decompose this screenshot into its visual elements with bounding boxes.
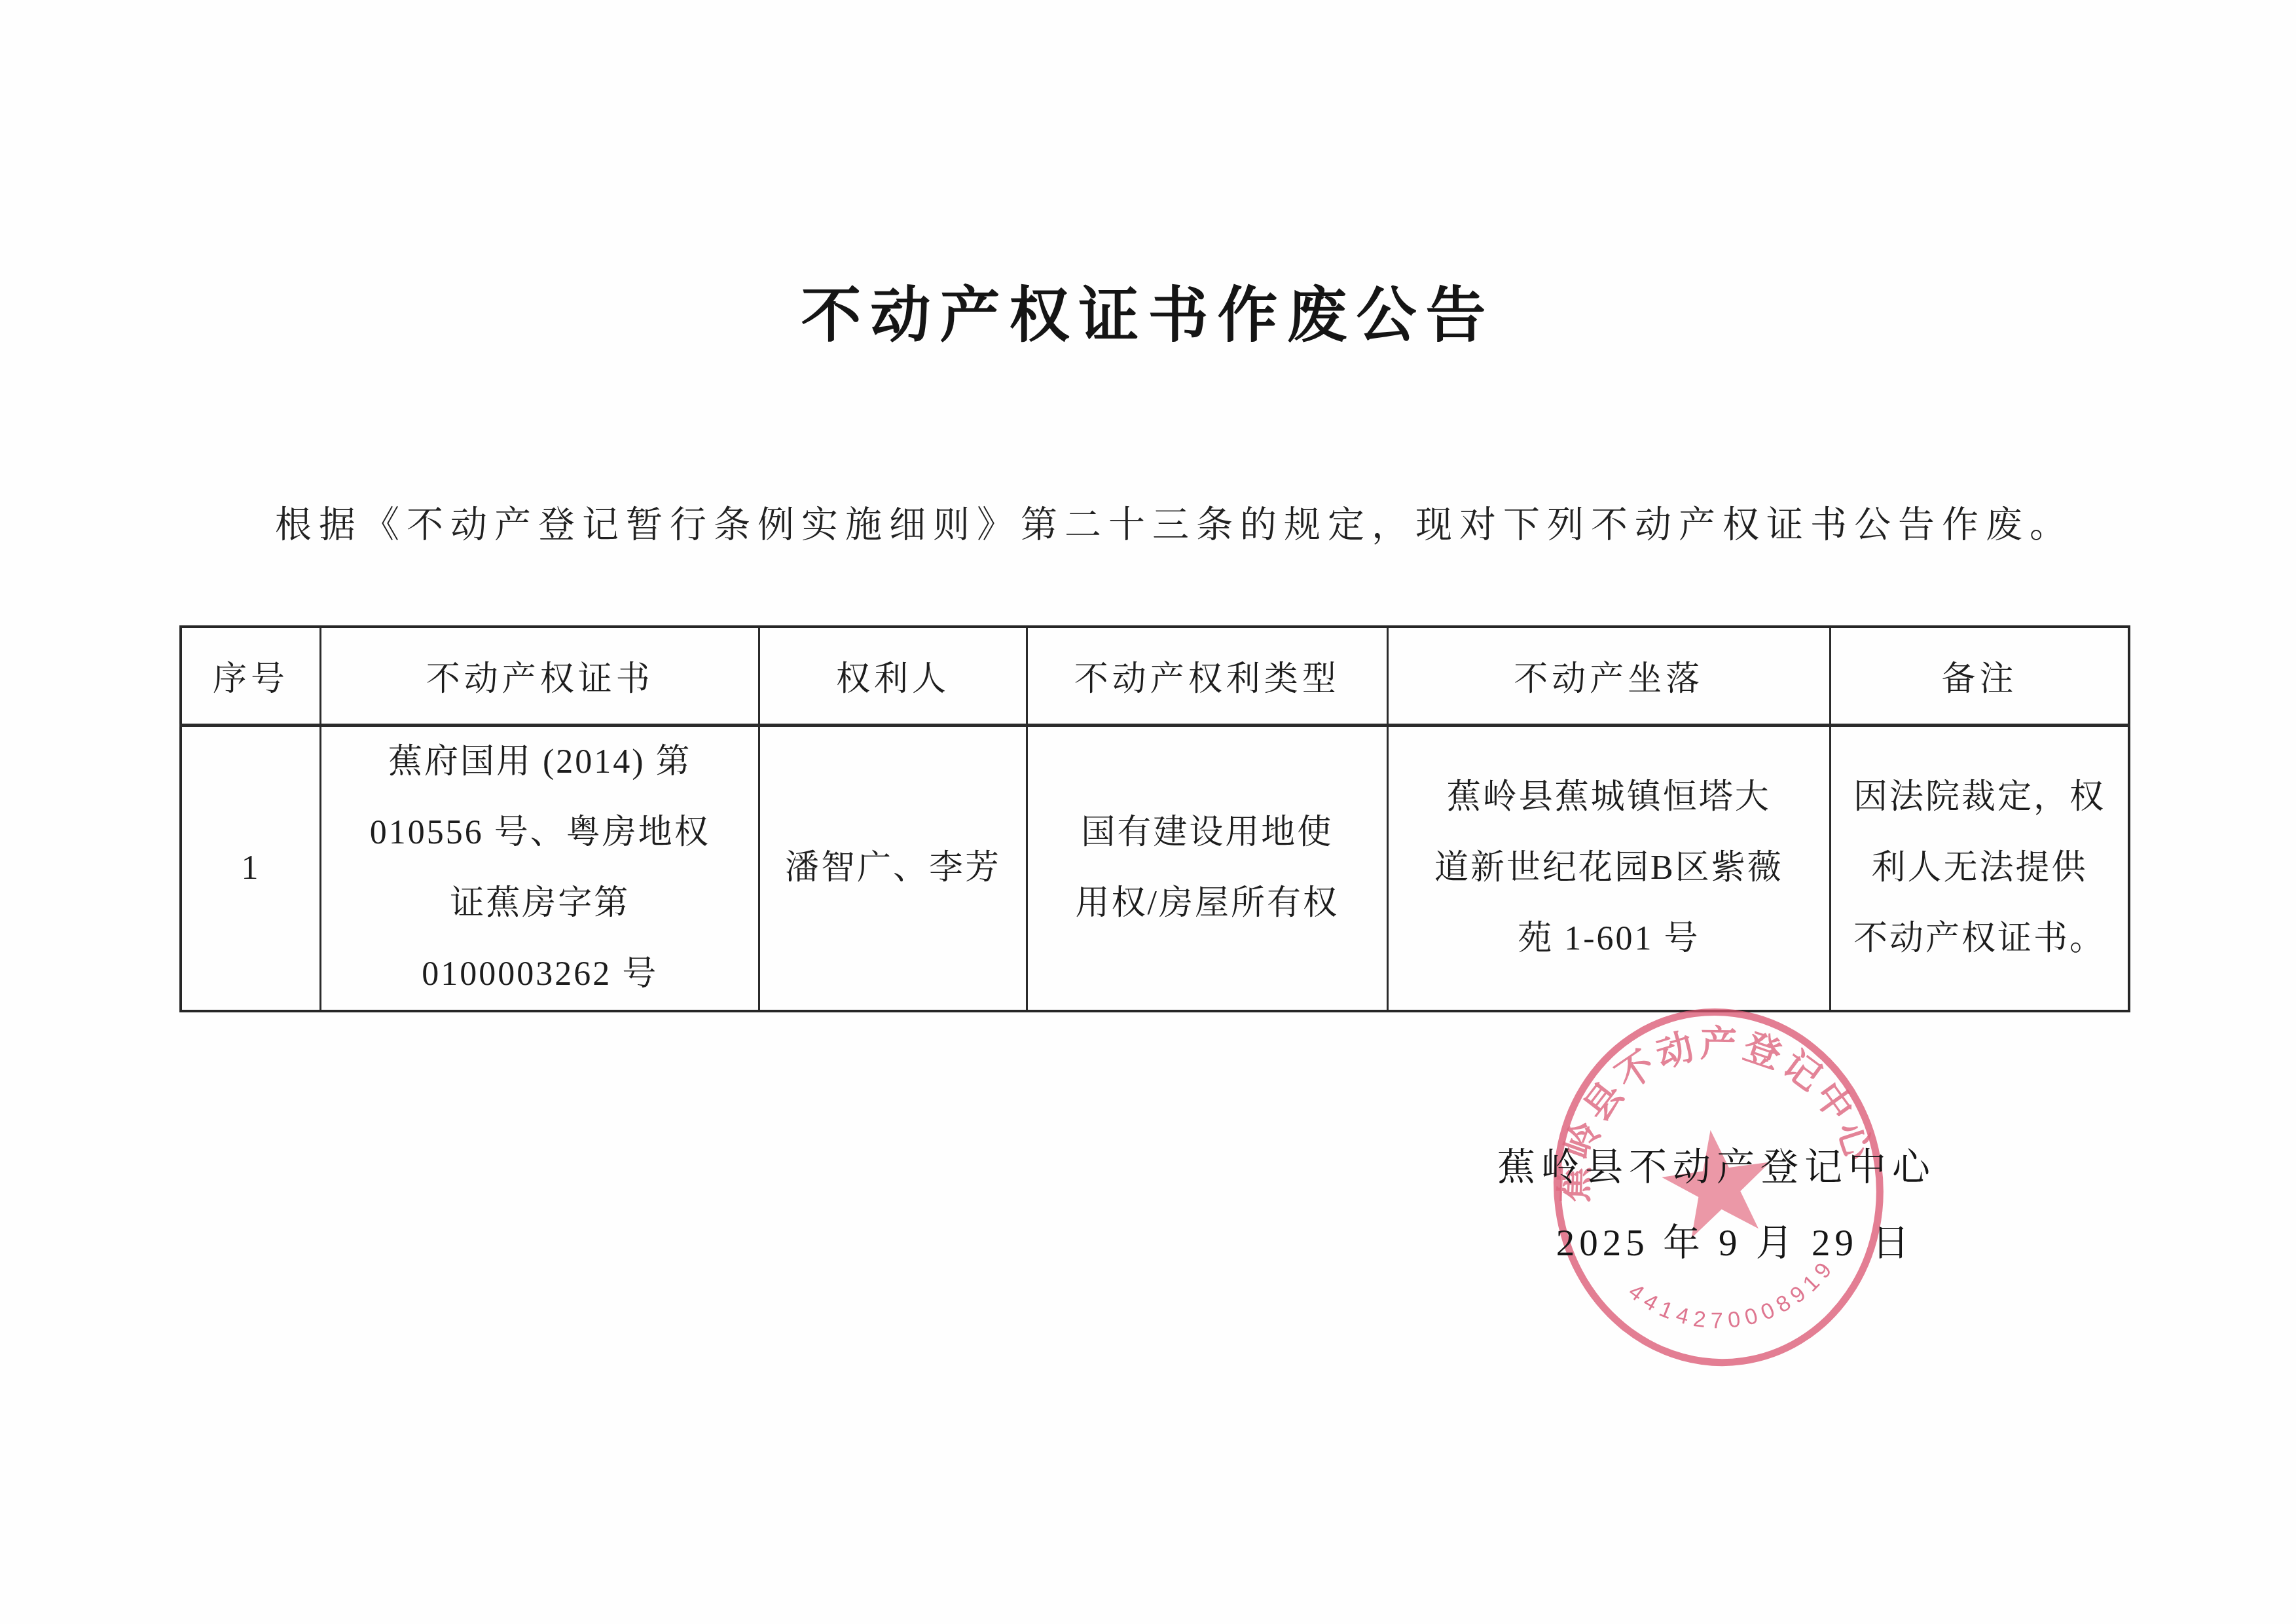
header-remark: 备注 (1830, 627, 2129, 725)
header-location: 不动产坐落 (1387, 627, 1830, 725)
cell-right-type: 国有建设用地使 用权/房屋所有权 (1027, 725, 1387, 1011)
cell-certificate: 蕉府国用 (2014) 第 010556 号、粤房地权 证蕉房字第 010000… (321, 725, 759, 1011)
cell-seq: 1 (181, 725, 321, 1011)
intro-paragraph: 根据《不动产登记暂行条例实施细则》第二十三条的规定，现对下列不动产权证书公告作废… (179, 492, 2183, 558)
invalidation-table: 序号 不动产权证书 权利人 不动产权利类型 不动产坐落 备注 1 蕉府国用 (2… (179, 625, 2130, 1012)
cell-remark: 因法院裁定，权 利人无法提供 不动产权证书。 (1830, 725, 2129, 1011)
header-right-type: 不动产权利类型 (1027, 627, 1387, 725)
cell-location: 蕉岭县蕉城镇恒塔大 道新世纪花园B区紫薇 苑 1-601 号 (1387, 725, 1830, 1011)
scanned-notice-page: 不动产权证书作废公告 根据《不动产登记暂行条例实施细则》第二十三条的规定，现对下… (0, 0, 2296, 1624)
cell-holder: 潘智广、李芳 (759, 725, 1027, 1011)
header-holder: 权利人 (759, 627, 1027, 725)
page-title: 不动产权证书作废公告 (0, 267, 2296, 354)
table-row: 1 蕉府国用 (2014) 第 010556 号、粤房地权 证蕉房字第 0100… (181, 725, 2129, 1011)
header-seq: 序号 (181, 627, 321, 725)
table-header-row: 序号 不动产权证书 权利人 不动产权利类型 不动产坐落 备注 (181, 627, 2129, 725)
signature-issuer: 蕉岭县不动产登记中心 (1497, 1136, 1936, 1191)
header-certificate: 不动产权证书 (321, 627, 759, 725)
signature-date: 2025 年 9 月 29 日 (1556, 1213, 1914, 1266)
